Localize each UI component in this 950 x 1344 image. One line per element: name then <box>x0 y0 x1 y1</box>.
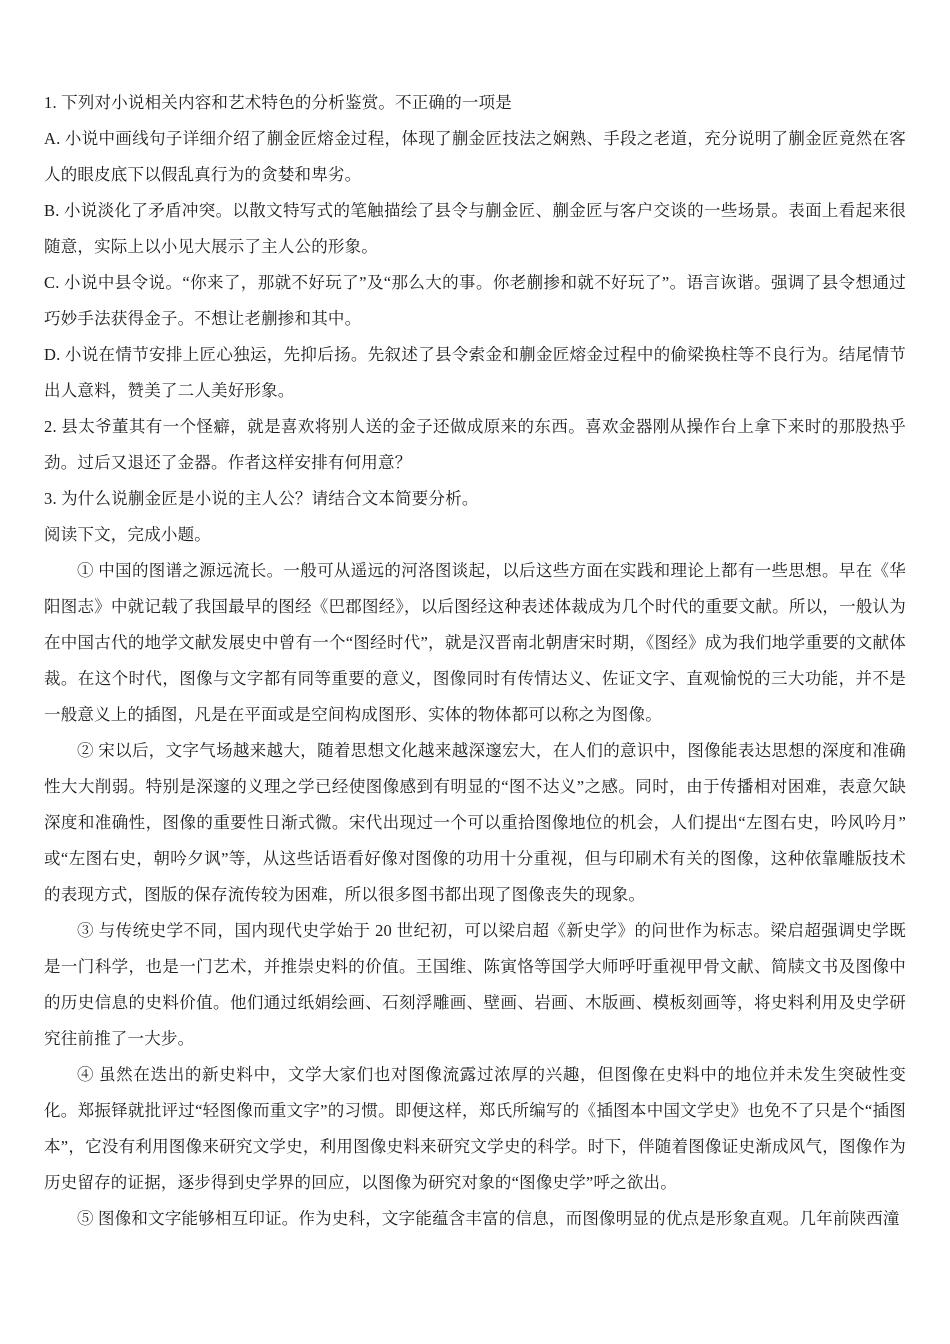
option-b: B. 小说淡化了矛盾冲突。以散文特写式的笔触描绘了县令与蒯金匠、蒯金匠与客户交谈… <box>44 193 906 265</box>
reading-paragraph-3: ③ 与传统史学不同，国内现代史学始于 20 世纪初，可以梁启超《新史学》的问世作… <box>44 913 906 1057</box>
reading-paragraph-4: ④ 虽然在迭出的新史料中，文学大家们也对图像流露过浓厚的兴趣，但图像在史料中的地… <box>44 1057 906 1201</box>
option-a: A. 小说中画线句子详细介绍了蒯金匠熔金过程，体现了蒯金匠技法之娴熟、手段之老道… <box>44 121 906 193</box>
document-page: 1. 下列对小说相关内容和艺术特色的分析鉴赏。不正确的一项是A. 小说中画线句子… <box>0 0 950 1344</box>
option-d: D. 小说在情节安排上匠心独运，先抑后扬。先叙述了县令索金和蒯金匠熔金过程中的偷… <box>44 337 906 409</box>
option-c: C. 小说中县令说。“你来了，那就不好玩了”及“那么大的事。你老蒯掺和就不好玩了… <box>44 265 906 337</box>
reading-paragraph-1: ① 中国的图谱之源远流长。一般可从遥远的河洛图谈起，以后这些方面在实践和理论上都… <box>44 553 906 733</box>
question-2: 2. 县太爷董其有一个怪癖，就是喜欢将别人送的金子还做成原来的东西。喜欢金器刚从… <box>44 409 906 481</box>
question-1: 1. 下列对小说相关内容和艺术特色的分析鉴赏。不正确的一项是 <box>44 85 906 121</box>
document-body: 1. 下列对小说相关内容和艺术特色的分析鉴赏。不正确的一项是A. 小说中画线句子… <box>44 85 906 1237</box>
reading-paragraph-2: ② 宋以后，文字气场越来越大，随着思想文化越来越深邃宏大，在人们的意识中，图像能… <box>44 733 906 913</box>
question-3: 3. 为什么说蒯金匠是小说的主人公？请结合文本简要分析。 <box>44 481 906 517</box>
reading-paragraph-5: ⑤ 图像和文字能够相互印证。作为史科，文字能蕴含丰富的信息，而图像明显的优点是形… <box>44 1201 906 1237</box>
reading-instruction: 阅读下文，完成小题。 <box>44 517 906 553</box>
